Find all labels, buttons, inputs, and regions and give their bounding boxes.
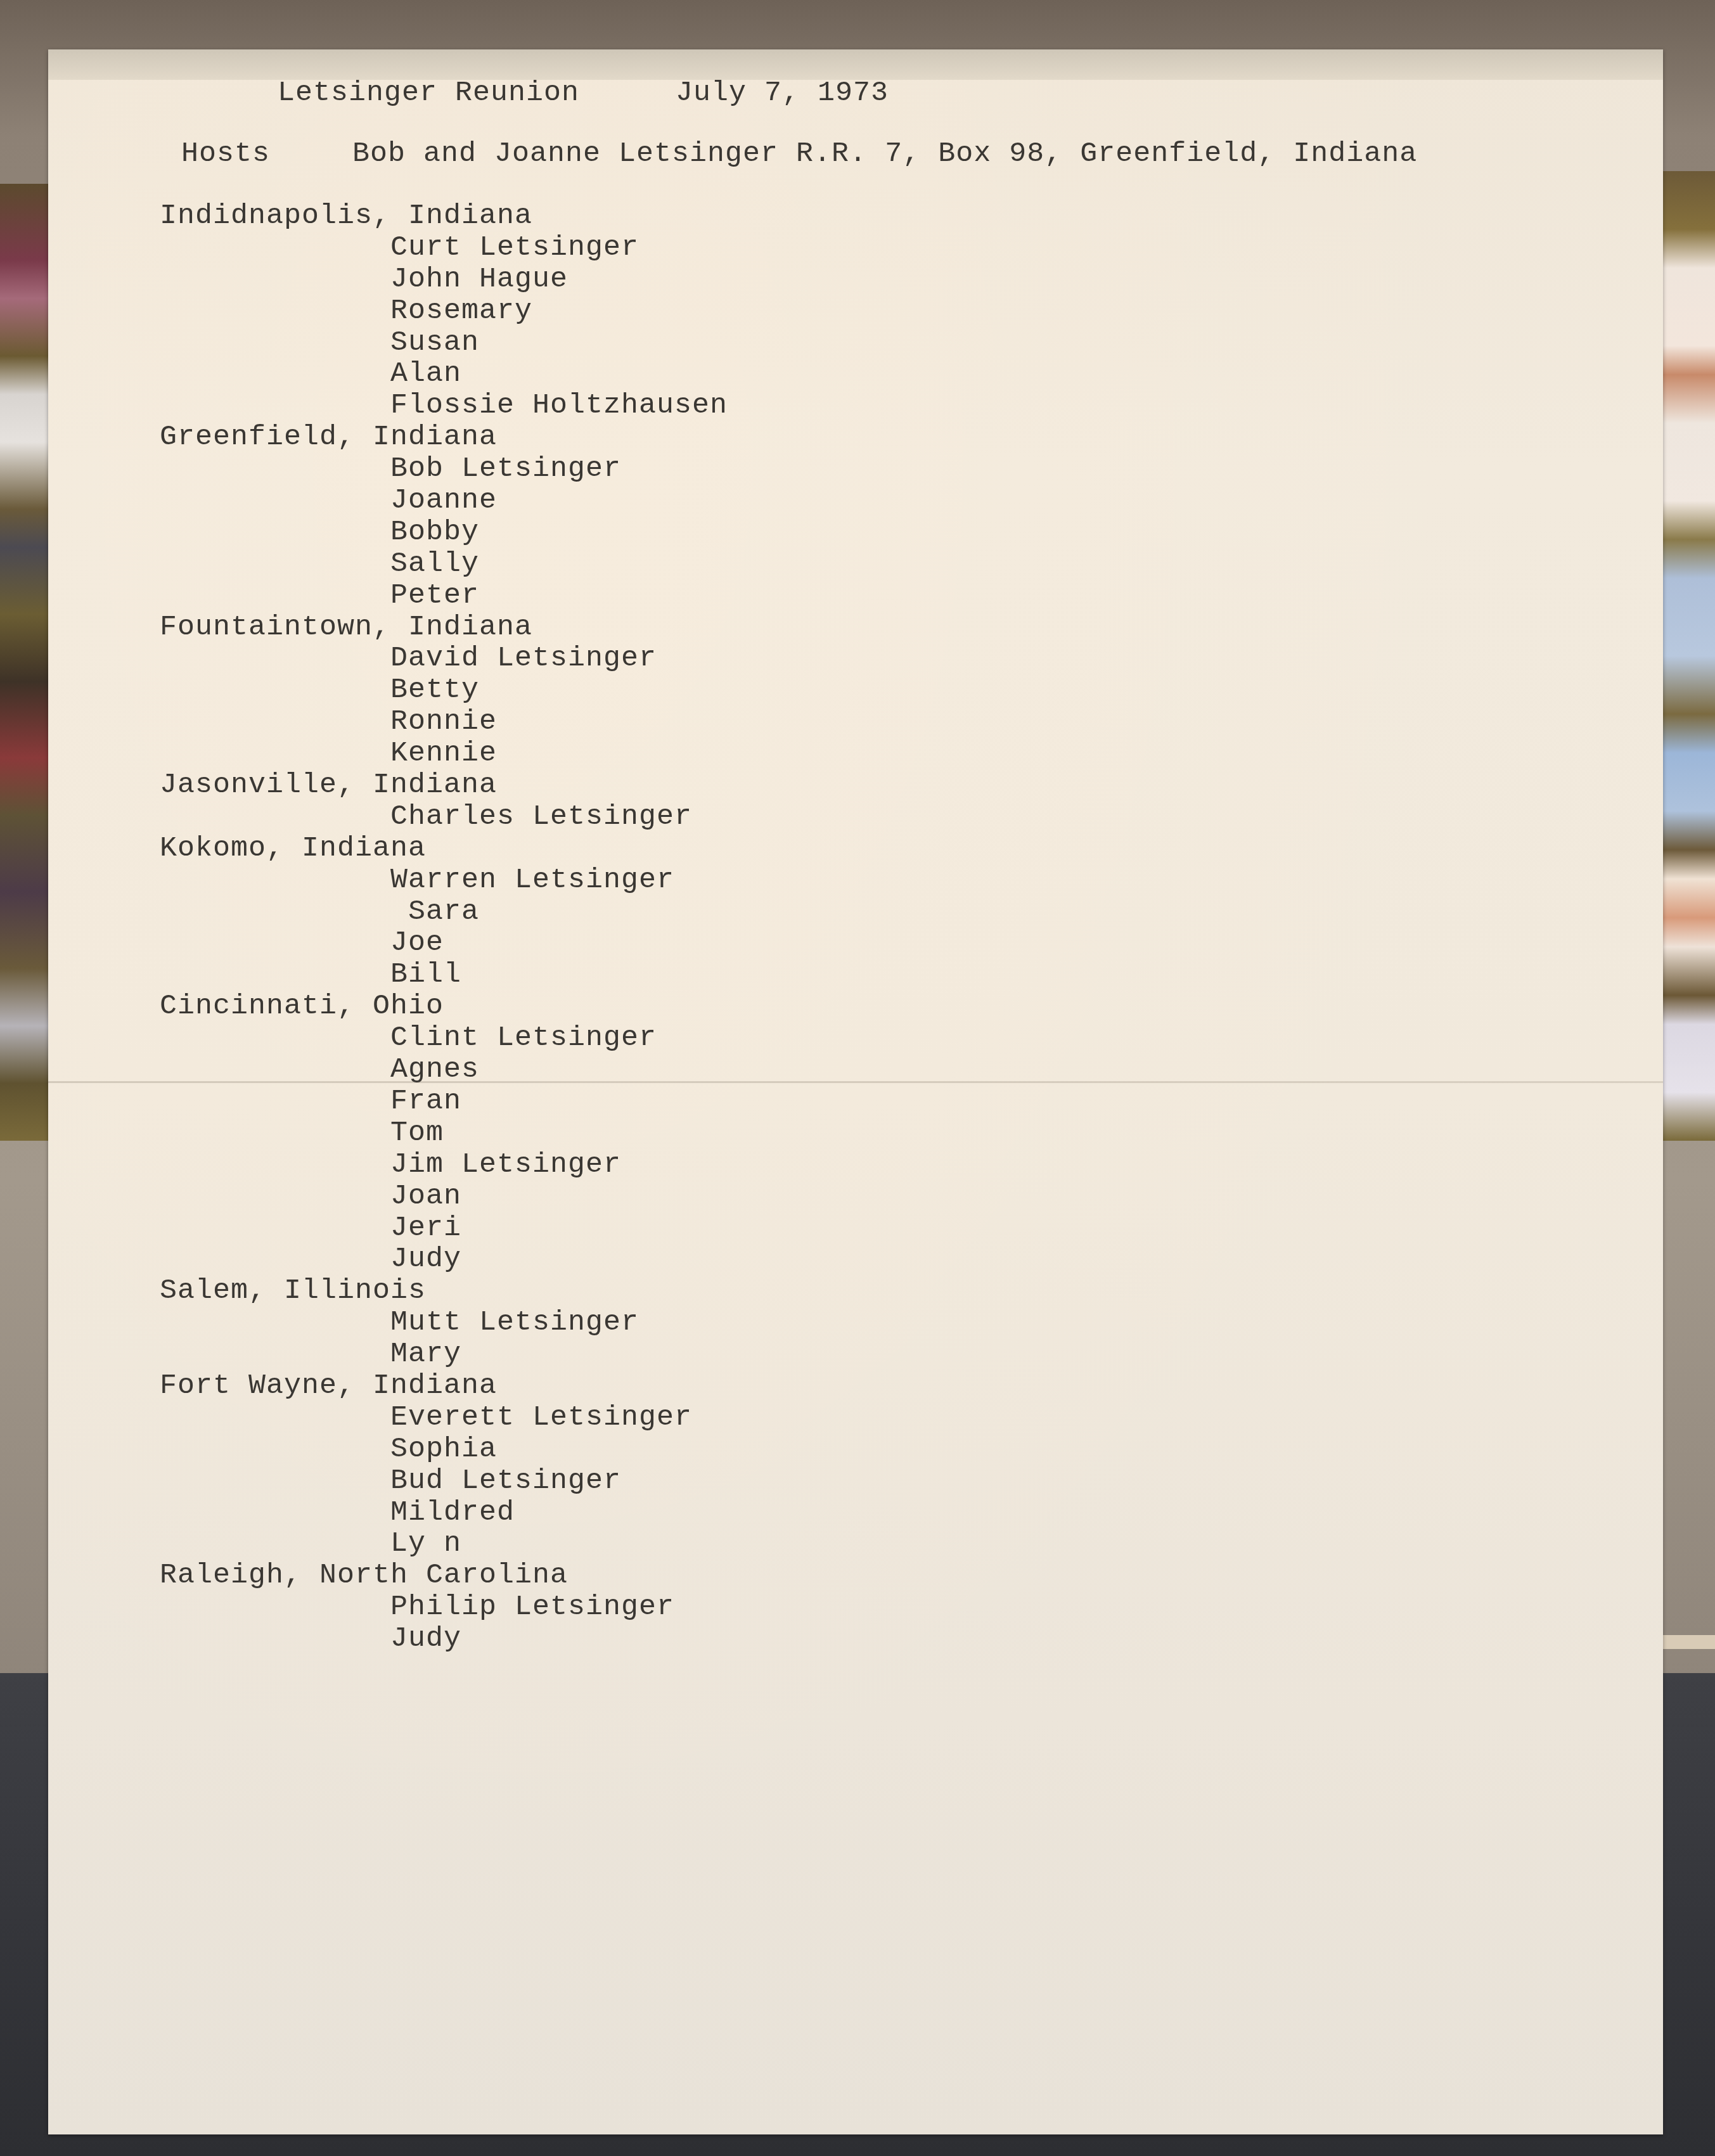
city-heading: Cincinnati, Ohio [160, 991, 444, 1022]
attendee-row: Clint Letsinger [48, 1022, 1663, 1054]
attendee-row: Judy [48, 1623, 1663, 1655]
attendee-name: Peter [390, 580, 479, 612]
attendee-row: Bud Letsinger [48, 1465, 1663, 1497]
attendee-row: Judy [48, 1243, 1663, 1275]
attendee-name: Jeri [390, 1212, 461, 1244]
attendee-name: Ly n [390, 1528, 461, 1560]
city-heading: Kokomo, Indiana [160, 833, 426, 864]
attendee-row: Everett Letsinger [48, 1402, 1663, 1434]
attendee-row: Bob Letsinger [48, 453, 1663, 485]
city-heading: Greenfield, Indiana [160, 421, 497, 453]
attendee-name: Agnes [390, 1054, 479, 1086]
board-edge [1660, 1635, 1715, 1649]
attendee-name: Bobby [390, 517, 479, 548]
attendee-name: Joe [390, 927, 444, 959]
paper-top-band [48, 49, 1663, 80]
attendee-name: Susan [390, 327, 479, 359]
city-row: Salem, Illinois [48, 1275, 1663, 1307]
city-row: Jasonville, Indiana [48, 769, 1663, 801]
attendee-row: Bobby [48, 517, 1663, 548]
attendee-row: Ly n [48, 1528, 1663, 1560]
attendee-row: Kennie [48, 738, 1663, 769]
city-row: Indidnapolis, Indiana [48, 200, 1663, 232]
attendee-row: Ronnie [48, 706, 1663, 738]
attendee-name: Sara [390, 896, 479, 928]
attendee-row: Jeri [48, 1212, 1663, 1244]
attendee-row: Peter [48, 580, 1663, 612]
attendee-name: Clint Letsinger [390, 1022, 657, 1054]
attendee-name: Curt Letsinger [390, 232, 639, 264]
city-row: Fountaintown, Indiana [48, 612, 1663, 643]
typed-sheet: Letsinger Reunion July 7, 1973 Hosts Bob… [48, 49, 1663, 2134]
attendee-name: Philip Letsinger [390, 1591, 674, 1623]
attendee-name: Ronnie [390, 706, 497, 738]
attendee-row: Jim Letsinger [48, 1149, 1663, 1181]
hosts-label: Hosts [181, 138, 270, 170]
attendee-name: Flossie Holtzhausen [390, 390, 728, 421]
attendee-name: Judy [390, 1623, 461, 1655]
attendee-name: Sophia [390, 1434, 497, 1465]
city-heading: Raleigh, North Carolina [160, 1560, 568, 1591]
attendee-name: Mutt Letsinger [390, 1307, 639, 1338]
attendee-name: Bud Letsinger [390, 1465, 621, 1497]
attendee-row: Mutt Letsinger [48, 1307, 1663, 1338]
attendee-row: Warren Letsinger [48, 864, 1663, 896]
attendee-row: Mary [48, 1338, 1663, 1370]
city-heading: Fountaintown, Indiana [160, 612, 532, 643]
attendee-name: Everett Letsinger [390, 1402, 692, 1434]
attendee-name: Judy [390, 1243, 461, 1275]
attendee-row: Joe [48, 927, 1663, 959]
attendee-row: Tom [48, 1117, 1663, 1149]
hosts-text: Bob and Joanne Letsinger R.R. 7, Box 98,… [352, 138, 1417, 170]
attendee-name: Bill [390, 959, 461, 991]
attendee-row: Agnes [48, 1054, 1663, 1086]
city-row: Raleigh, North Carolina [48, 1560, 1663, 1591]
attendee-name: Betty [390, 674, 479, 706]
city-row: Cincinnati, Ohio [48, 991, 1663, 1022]
attendee-row: David Letsinger [48, 643, 1663, 674]
attendee-name: Joanne [390, 485, 497, 517]
attendee-name: Joan [390, 1181, 461, 1212]
attendee-row: Flossie Holtzhausen [48, 390, 1663, 421]
attendee-name: Warren Letsinger [390, 864, 674, 896]
attendee-name: John Hague [390, 264, 568, 295]
photo-strip-left [0, 184, 51, 1141]
attendee-row: Mildred [48, 1497, 1663, 1529]
document-title: Letsinger Reunion [278, 77, 579, 109]
attendee-name: Alan [390, 358, 461, 390]
city-row: Fort Wayne, Indiana [48, 1370, 1663, 1402]
attendee-row: John Hague [48, 264, 1663, 295]
attendee-row: Charles Letsinger [48, 801, 1663, 833]
attendee-row: Sally [48, 548, 1663, 580]
city-row: Greenfield, Indiana [48, 421, 1663, 453]
attendee-row: Bill [48, 959, 1663, 991]
city-heading: Salem, Illinois [160, 1275, 426, 1307]
attendee-row: Fran [48, 1086, 1663, 1117]
attendee-list: Indidnapolis, IndianaCurt LetsingerJohn … [48, 200, 1663, 1655]
attendee-name: Rosemary [390, 295, 532, 327]
attendee-name: Tom [390, 1117, 444, 1149]
attendee-row: Betty [48, 674, 1663, 706]
attendee-row: Sara [48, 896, 1663, 928]
attendee-row: Susan [48, 327, 1663, 359]
attendee-row: Curt Letsinger [48, 232, 1663, 264]
photo-strip-right [1660, 171, 1715, 1141]
attendee-row: Sophia [48, 1434, 1663, 1465]
attendee-name: David Letsinger [390, 643, 657, 674]
attendee-row: Joan [48, 1181, 1663, 1212]
attendee-name: Charles Letsinger [390, 801, 692, 833]
document-date: July 7, 1973 [676, 77, 889, 109]
attendee-row: Philip Letsinger [48, 1591, 1663, 1623]
attendee-name: Jim Letsinger [390, 1149, 621, 1181]
attendee-row: Alan [48, 358, 1663, 390]
city-heading: Jasonville, Indiana [160, 769, 497, 801]
city-heading: Fort Wayne, Indiana [160, 1370, 497, 1402]
attendee-name: Mary [390, 1338, 461, 1370]
attendee-row: Joanne [48, 485, 1663, 517]
attendee-row: Rosemary [48, 295, 1663, 327]
city-row: Kokomo, Indiana [48, 833, 1663, 864]
attendee-name: Mildred [390, 1497, 515, 1529]
attendee-name: Bob Letsinger [390, 453, 621, 485]
city-heading: Indidnapolis, Indiana [160, 200, 532, 232]
attendee-name: Fran [390, 1086, 461, 1117]
attendee-name: Sally [390, 548, 479, 580]
attendee-name: Kennie [390, 738, 497, 769]
